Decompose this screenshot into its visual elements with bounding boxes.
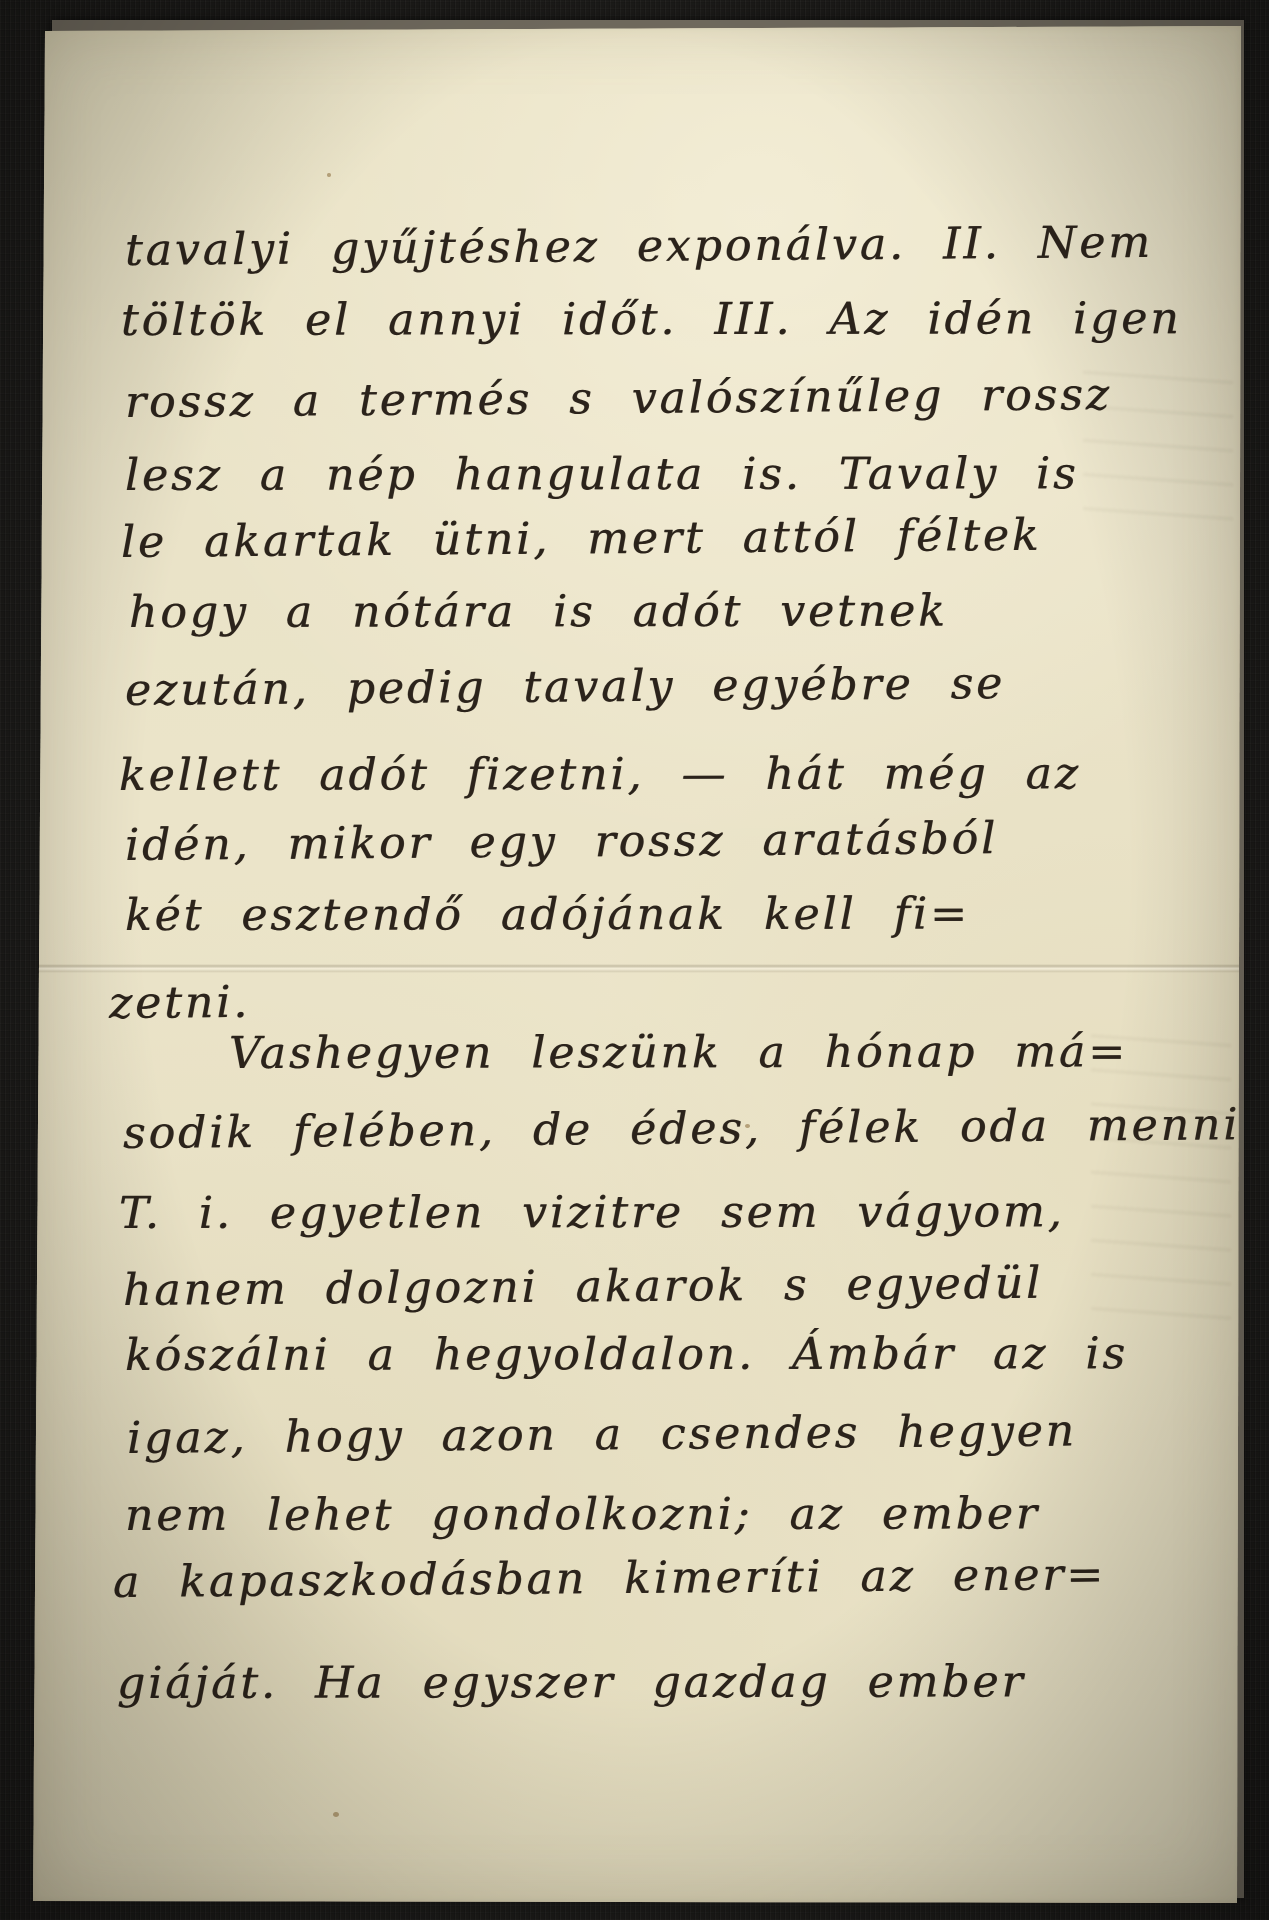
handwritten-line: hogy a nótára is adót vetnek bbox=[129, 586, 948, 638]
handwritten-line: ezután, pedig tavaly egyébre se bbox=[125, 658, 1006, 716]
handwritten-line: giáját. Ha egyszer gazdag ember bbox=[117, 1656, 1026, 1709]
handwritten-line: Vashegyen leszünk a hónap má= bbox=[229, 1026, 1128, 1079]
handwritten-line: hanem dolgozni akarok s egyedül bbox=[123, 1258, 1044, 1316]
paper-speck bbox=[333, 1812, 339, 1817]
handwritten-line: T. i. egyetlen vizitre sem vágyom, bbox=[119, 1186, 1065, 1239]
handwritten-line: sodik felében, de édes, félek oda menni. bbox=[123, 1099, 1258, 1159]
scanned-letter-photo: tavalyi gyűjtéshez exponálva. II. Nem tö… bbox=[0, 0, 1269, 1920]
handwritten-line: idén, mikor egy rossz aratásból bbox=[125, 813, 999, 871]
handwritten-line: zetni. bbox=[109, 977, 251, 1029]
handwritten-line: lesz a nép hangulata is. Tavaly is bbox=[125, 448, 1079, 501]
handwritten-line: nem lehet gondolkozni; az ember bbox=[125, 1488, 1040, 1541]
handwritten-line: kószálni a hegyoldalon. Ámbár az is bbox=[125, 1328, 1128, 1381]
letter-page: tavalyi gyűjtéshez exponálva. II. Nem tö… bbox=[33, 26, 1241, 1903]
handwritten-line: tavalyi gyűjtéshez exponálva. II. Nem bbox=[125, 217, 1153, 276]
handwritten-line: két esztendő adójának kell fi= bbox=[125, 889, 970, 941]
handwritten-line: kellett adót fizetni, — hát még az bbox=[119, 748, 1081, 801]
handwritten-line: rossz a termés s valószínűleg rossz bbox=[125, 369, 1112, 428]
handwritten-line: le akartak ütni, mert attól féltek bbox=[121, 510, 1042, 568]
handwritten-line: töltök el annyi időt. III. Az idén igen bbox=[121, 293, 1182, 346]
handwritten-line: igaz, hogy azon a csendes hegyen bbox=[127, 1406, 1077, 1464]
handwritten-line: a kapaszkodásban kimeríti az ener= bbox=[113, 1549, 1107, 1608]
fold-crease bbox=[33, 964, 1241, 973]
paper-speck bbox=[327, 173, 331, 177]
